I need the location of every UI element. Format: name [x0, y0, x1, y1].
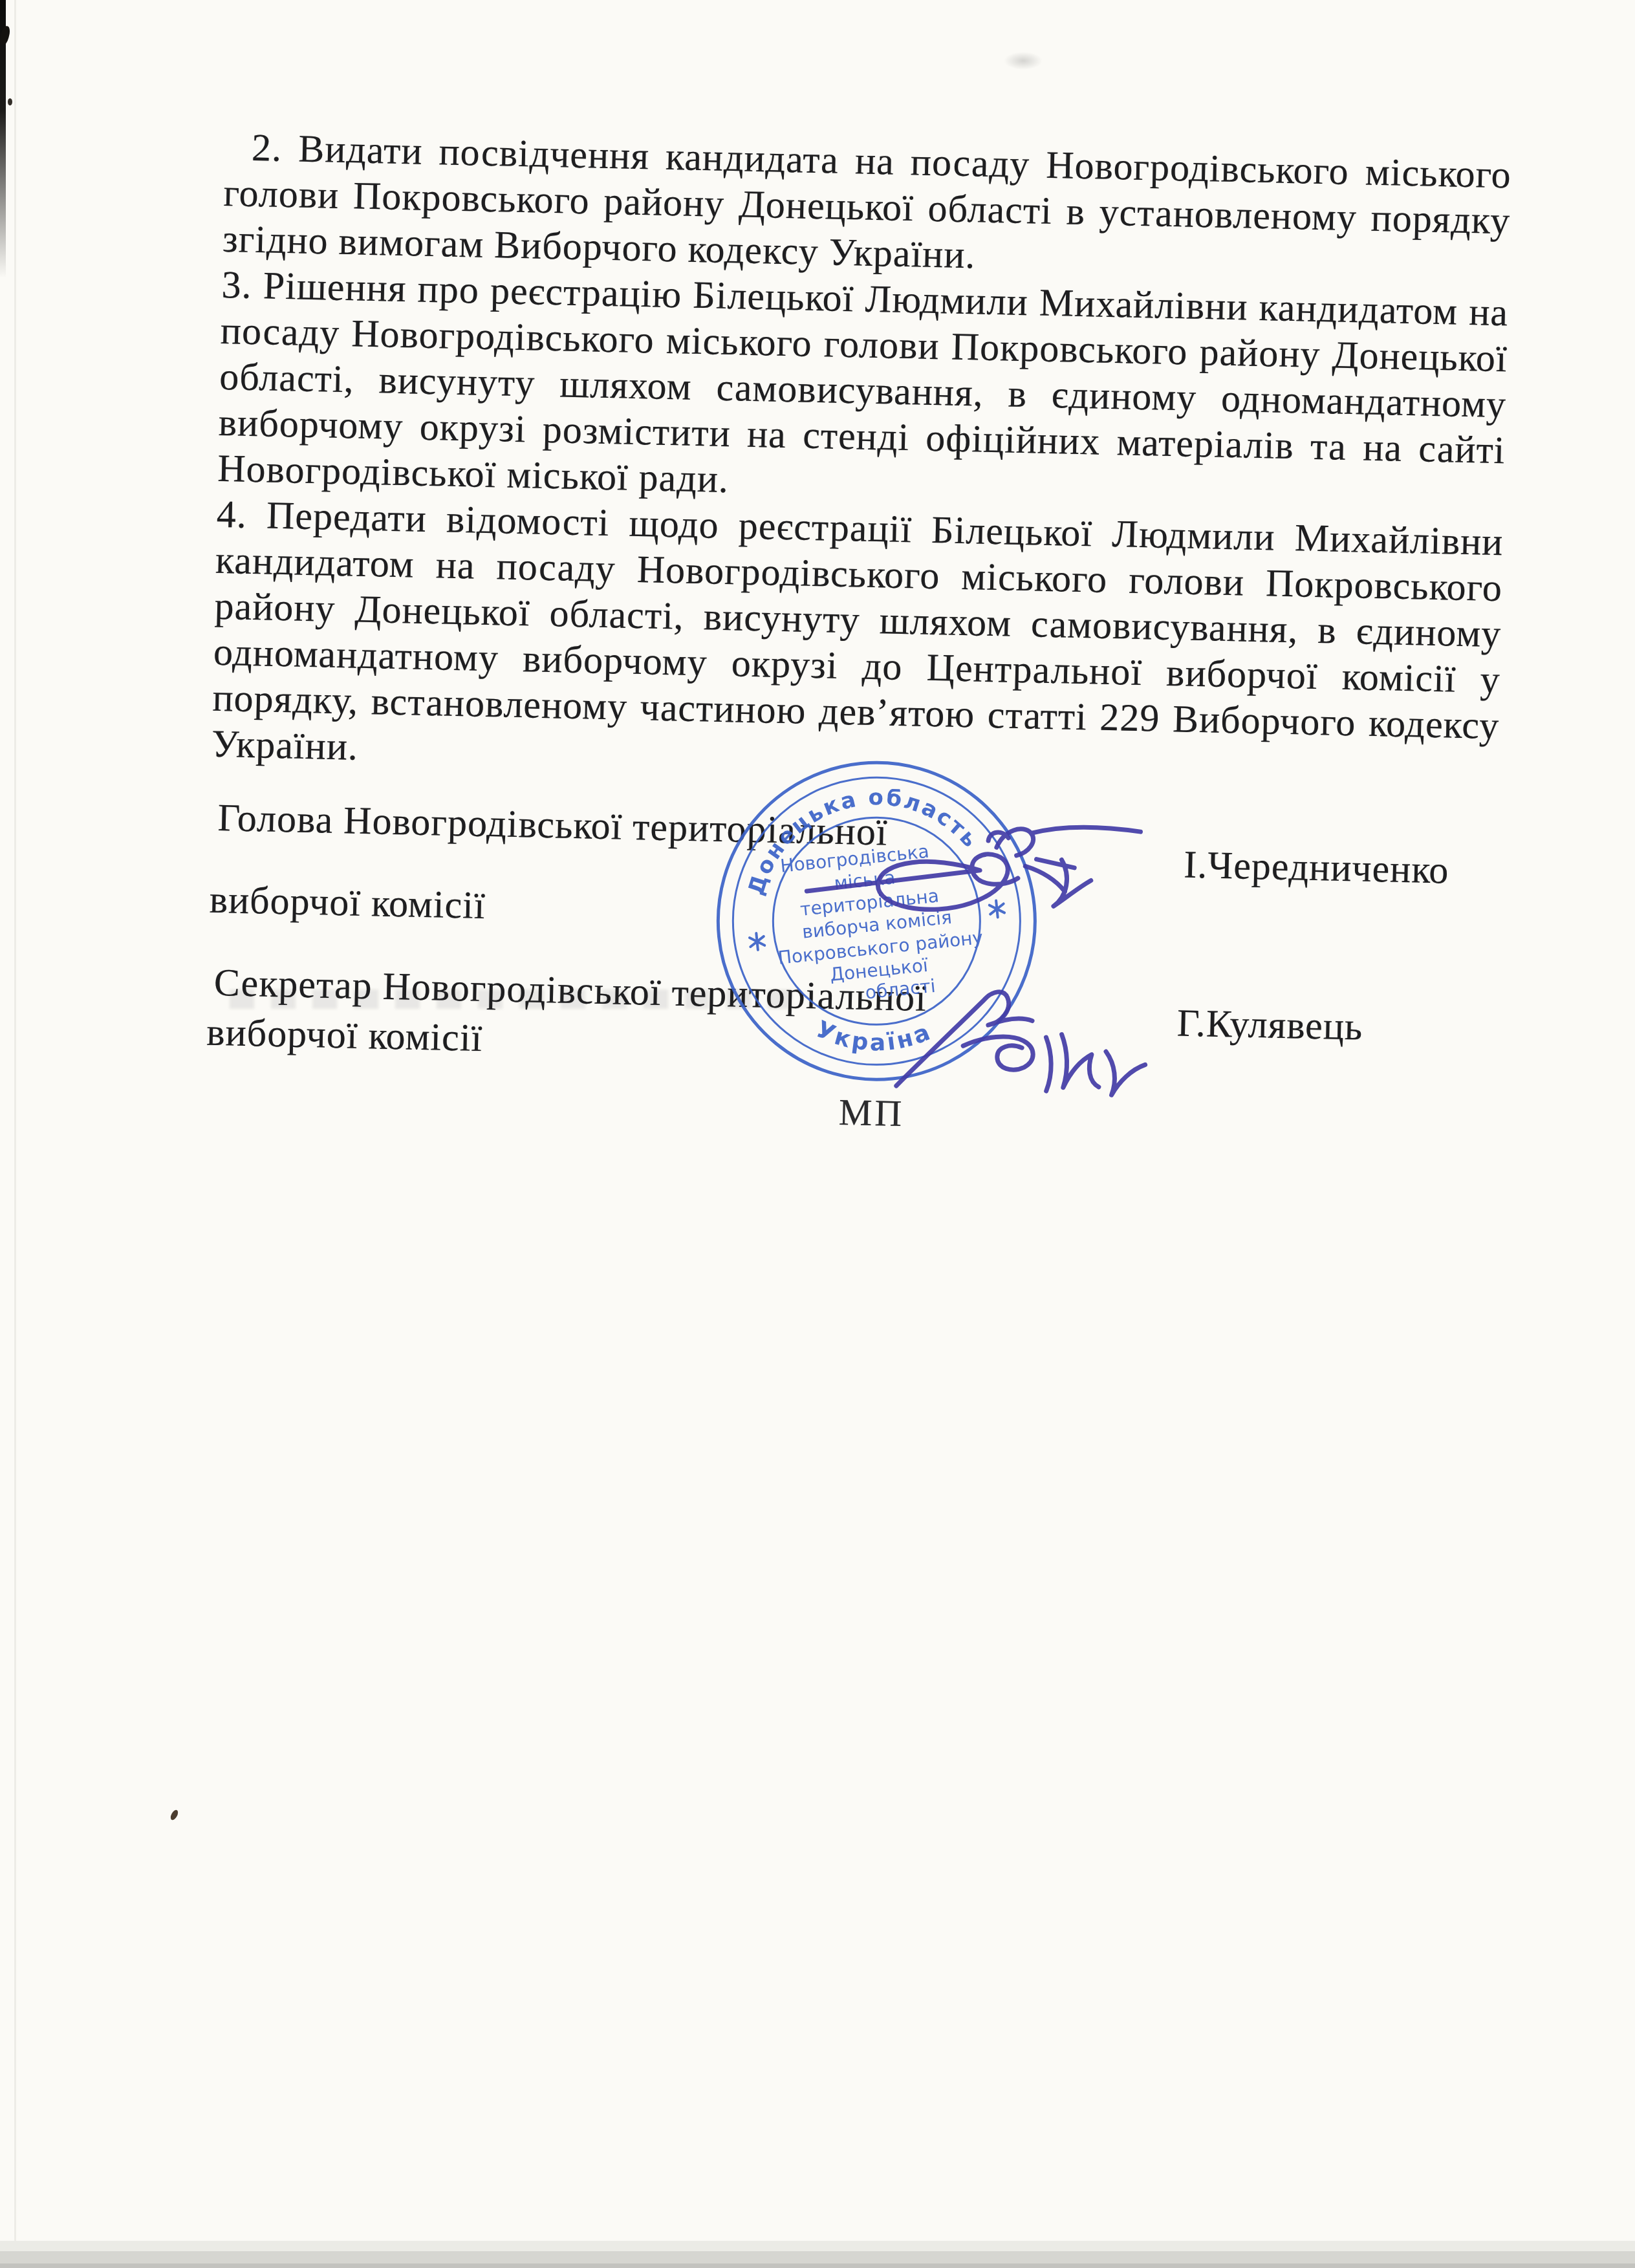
scan-bottom-edge — [0, 2263, 1635, 2268]
paragraph-block: 2. Видати посвідчення кандидата на посад… — [211, 124, 1511, 795]
scan-bottom-band-light — [0, 2241, 1635, 2251]
scanned-document-page: 2. Видати посвідчення кандидата на посад… — [0, 0, 1635, 2268]
chairman-signature — [800, 815, 1149, 965]
paragraph: 2. Видати посвідчення кандидата на посад… — [222, 124, 1511, 290]
chairman-name: І.Чередниченко — [1184, 843, 1450, 893]
stamp-asterisk-left — [749, 933, 764, 951]
scan-smudge — [1004, 52, 1043, 70]
paragraph: 4. Передати відомості щодо реєстрації Бі… — [211, 491, 1504, 795]
paragraph: 3. Рішення про реєстрацію Білецької Людм… — [217, 262, 1509, 519]
scan-speck — [8, 98, 12, 105]
document-content: 2. Видати посвідчення кандидата на посад… — [197, 124, 1511, 1445]
secretary-name: Г.Кулявець — [1176, 1000, 1363, 1049]
secretary-signature — [884, 972, 1165, 1107]
ink-speck — [169, 1809, 180, 1821]
paper-fold-line — [14, 0, 16, 2268]
chairman-title-line2: виборчої комісії — [209, 878, 486, 928]
secretary-title-line2: виборчої комісії — [206, 1010, 483, 1061]
